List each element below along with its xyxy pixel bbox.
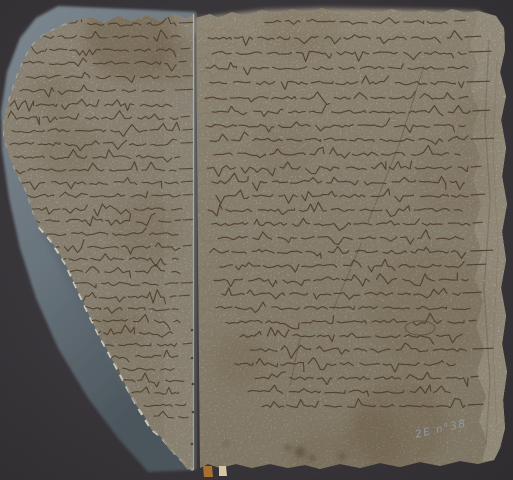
sewing-hole bbox=[192, 411, 195, 414]
paper-tab bbox=[219, 466, 227, 476]
right-page: 2E n°38 bbox=[196, 0, 508, 480]
archival-manuscript-photo: 2E n°38 bbox=[0, 0, 513, 480]
sewing-hole bbox=[191, 357, 194, 360]
sewing-hole bbox=[192, 383, 195, 386]
dark-speck bbox=[224, 442, 228, 446]
dark-speck bbox=[309, 455, 315, 461]
sewing-hole bbox=[191, 329, 194, 332]
paper-tab bbox=[203, 466, 213, 477]
dark-speck bbox=[295, 447, 305, 457]
sewing-hole bbox=[191, 443, 194, 446]
dark-speck bbox=[339, 453, 345, 459]
dark-speck bbox=[285, 445, 291, 451]
manuscript-scan: 2E n°38 bbox=[0, 0, 513, 480]
